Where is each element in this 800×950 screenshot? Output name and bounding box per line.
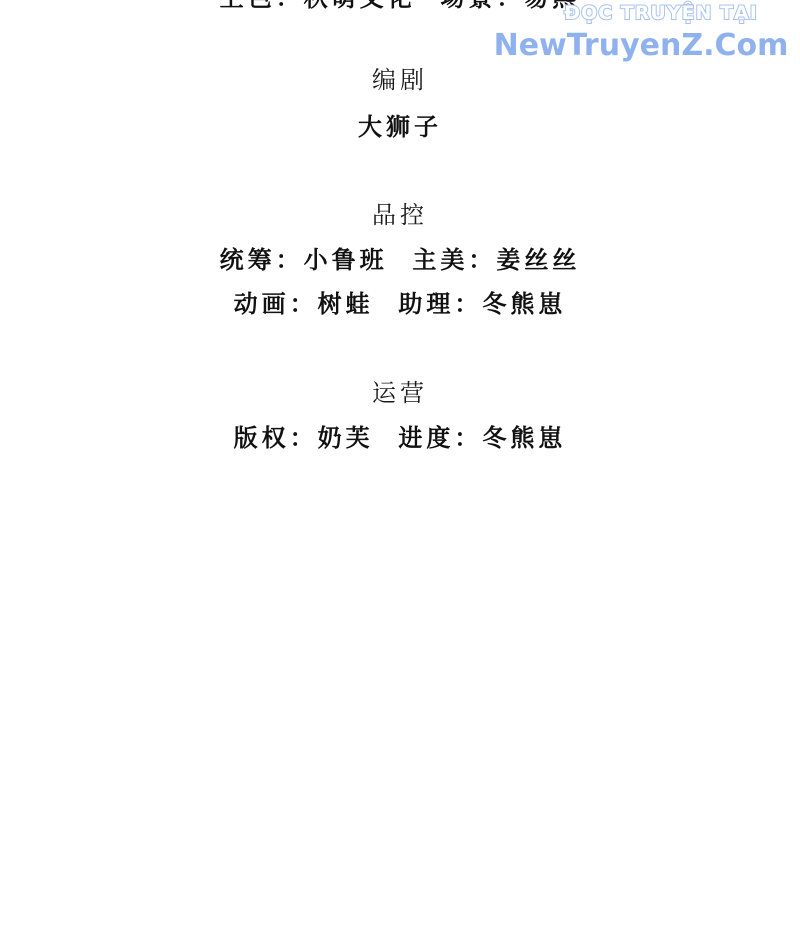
watermark-top-text: ĐỌC TRUYỆN TẠI <box>526 4 796 23</box>
site-watermark: ĐỌC TRUYỆN TẠI NewTruyenZ.Com <box>486 4 796 61</box>
credit-line-animation-assistant: 动画：树蛙 助理：冬熊崽 <box>0 292 800 316</box>
credit-line-screenwriter: 大狮子 <box>0 115 800 139</box>
watermark-site-name: NewTruyenZ.Com <box>486 31 796 61</box>
heading-screenwriter: 编剧 <box>0 68 800 92</box>
credit-line-copyright-progress: 版权：奶芙 进度：冬熊崽 <box>0 426 800 450</box>
heading-quality-control: 品控 <box>0 203 800 227</box>
credit-line-coordinator-art: 统筹：小鲁班 主美：姜丝丝 <box>0 248 800 272</box>
heading-operations: 运营 <box>0 381 800 405</box>
